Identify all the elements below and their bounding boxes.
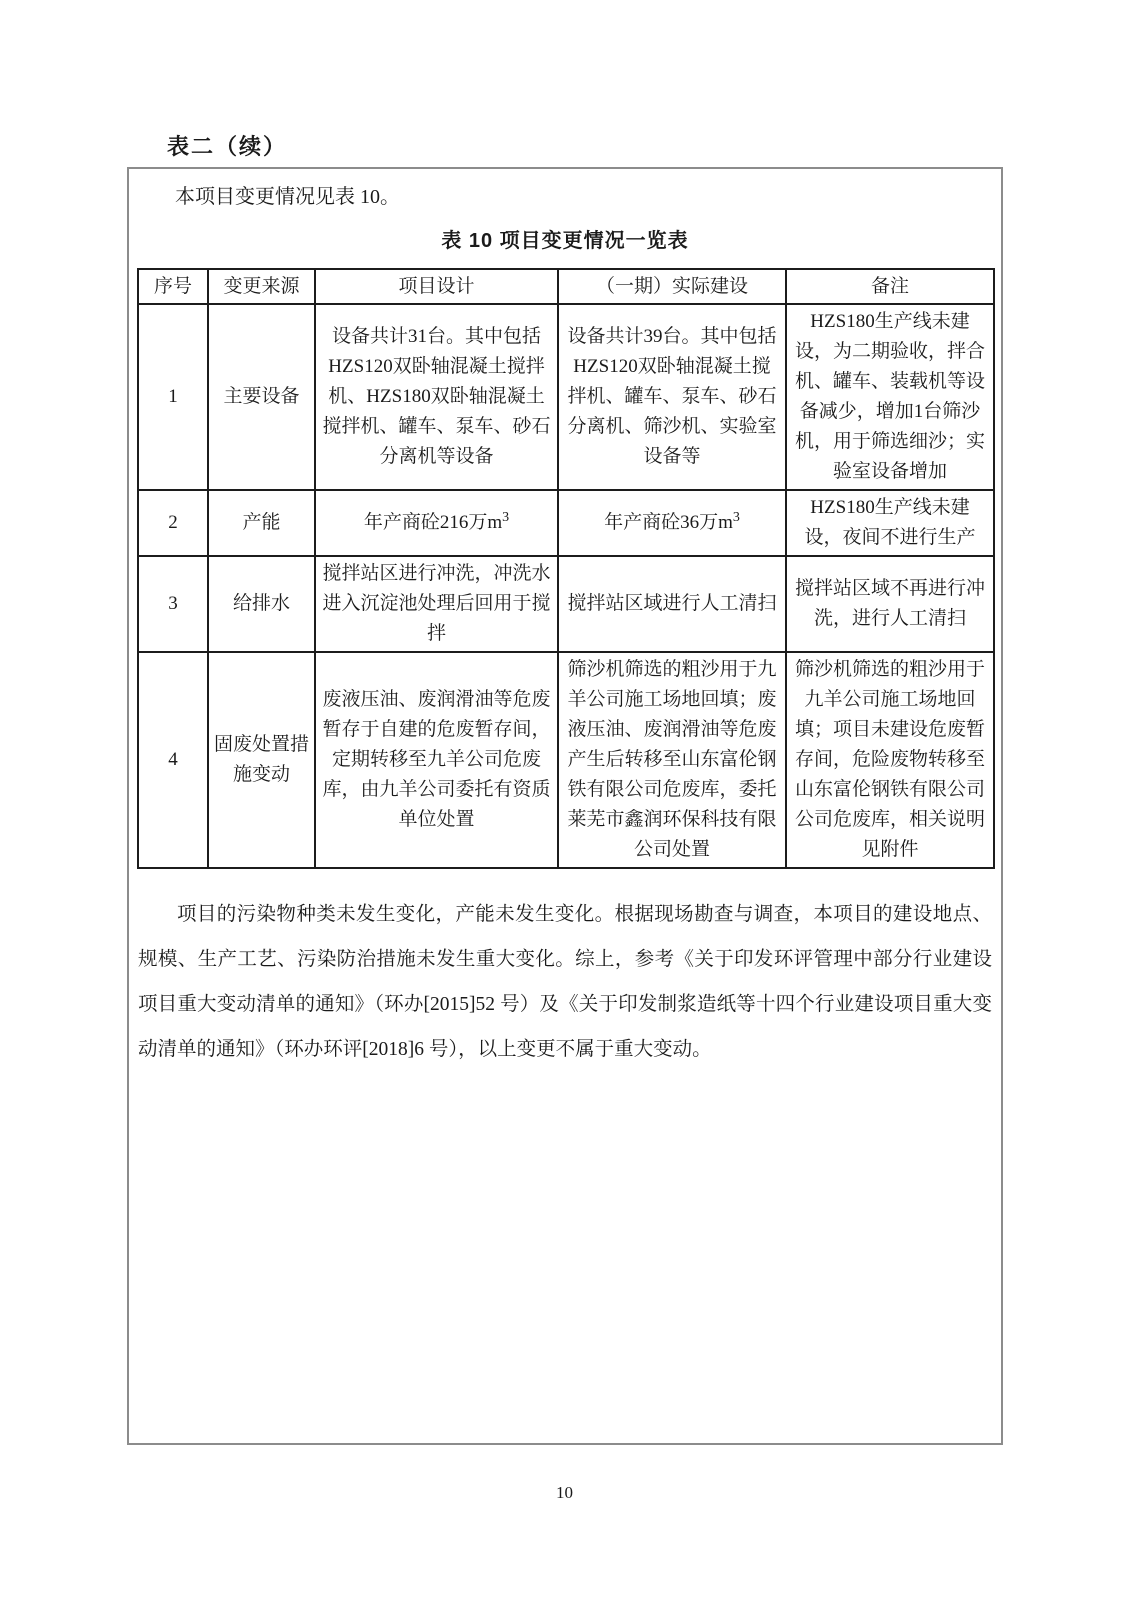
table-row: 4 固废处置措施变动 废液压油、废润滑油等危废暂存于自建的危废暂存间，定期转移至… <box>138 652 994 868</box>
table-row: 1 主要设备 设备共计31台。其中包括HZS120双卧轴混凝土搅拌机、HZS18… <box>138 304 994 490</box>
cell-remark: 筛沙机筛选的粗沙用于九羊公司施工场地回填；项目未建设危废暂存间，危险废物转移至山… <box>786 652 994 868</box>
cell-actual: 年产商砼36万m3 <box>558 490 786 556</box>
header-cell-actual: （一期）实际建设 <box>558 269 786 304</box>
cell-no: 1 <box>138 304 208 490</box>
capacity-actual-text: 年产商砼36万m <box>604 512 733 533</box>
cell-design: 年产商砼216万m3 <box>315 490 558 556</box>
table-row: 3 给排水 搅拌站区进行冲洗，冲洗水进入沉淀池处理后回用于搅拌 搅拌站区域进行人… <box>138 556 994 652</box>
cell-source: 主要设备 <box>208 304 315 490</box>
cell-no: 3 <box>138 556 208 652</box>
capacity-design-text: 年产商砼216万m <box>364 512 502 533</box>
cell-design: 废液压油、废润滑油等危废暂存于自建的危废暂存间，定期转移至九羊公司危废库，由九羊… <box>315 652 558 868</box>
cell-remark: HZS180生产线未建设，为二期验收，拌合机、罐车、装载机等设备减少，增加1台筛… <box>786 304 994 490</box>
table-header-row: 序号 变更来源 项目设计 （一期）实际建设 备注 <box>138 269 994 304</box>
cell-design: 搅拌站区进行冲洗，冲洗水进入沉淀池处理后回用于搅拌 <box>315 556 558 652</box>
cell-remark: HZS180生产线未建设，夜间不进行生产 <box>786 490 994 556</box>
cell-design: 设备共计31台。其中包括HZS120双卧轴混凝土搅拌机、HZS180双卧轴混凝土… <box>315 304 558 490</box>
cell-source: 产能 <box>208 490 315 556</box>
header-cell-remark: 备注 <box>786 269 994 304</box>
footer-paragraph: 项目的污染物种类未发生变化，产能未发生变化。根据现场勘查与调查，本项目的建设地点… <box>138 892 992 1072</box>
page-number: 10 <box>0 1483 1129 1503</box>
cell-remark: 搅拌站区域不再进行冲洗，进行人工清扫 <box>786 556 994 652</box>
cell-no: 2 <box>138 490 208 556</box>
table-caption: 表 10 项目变更情况一览表 <box>129 224 1001 253</box>
superscript: 3 <box>502 510 509 525</box>
project-change-table: 序号 变更来源 项目设计 （一期）实际建设 备注 1 主要设备 设备共计31台。… <box>137 268 995 869</box>
section-heading: 表二（续） <box>167 130 287 161</box>
table-row: 2 产能 年产商砼216万m3 年产商砼36万m3 HZS180生产线未建设，夜… <box>138 490 994 556</box>
header-cell-source: 变更来源 <box>208 269 315 304</box>
cell-source: 给排水 <box>208 556 315 652</box>
header-cell-no: 序号 <box>138 269 208 304</box>
page: { "page": { "section_heading": "表二（续）", … <box>0 0 1129 1600</box>
cell-actual: 筛沙机筛选的粗沙用于九羊公司施工场地回填；废液压油、废润滑油等危废产生后转移至山… <box>558 652 786 868</box>
content-box: 本项目变更情况见表 10。 表 10 项目变更情况一览表 序号 变更来源 项目设… <box>127 167 1003 1445</box>
intro-text: 本项目变更情况见表 10。 <box>175 180 1001 209</box>
cell-no: 4 <box>138 652 208 868</box>
cell-source: 固废处置措施变动 <box>208 652 315 868</box>
cell-actual: 设备共计39台。其中包括HZS120双卧轴混凝土搅拌机、罐车、泵车、砂石分离机、… <box>558 304 786 490</box>
header-cell-design: 项目设计 <box>315 269 558 304</box>
superscript: 3 <box>733 510 740 525</box>
cell-actual: 搅拌站区域进行人工清扫 <box>558 556 786 652</box>
